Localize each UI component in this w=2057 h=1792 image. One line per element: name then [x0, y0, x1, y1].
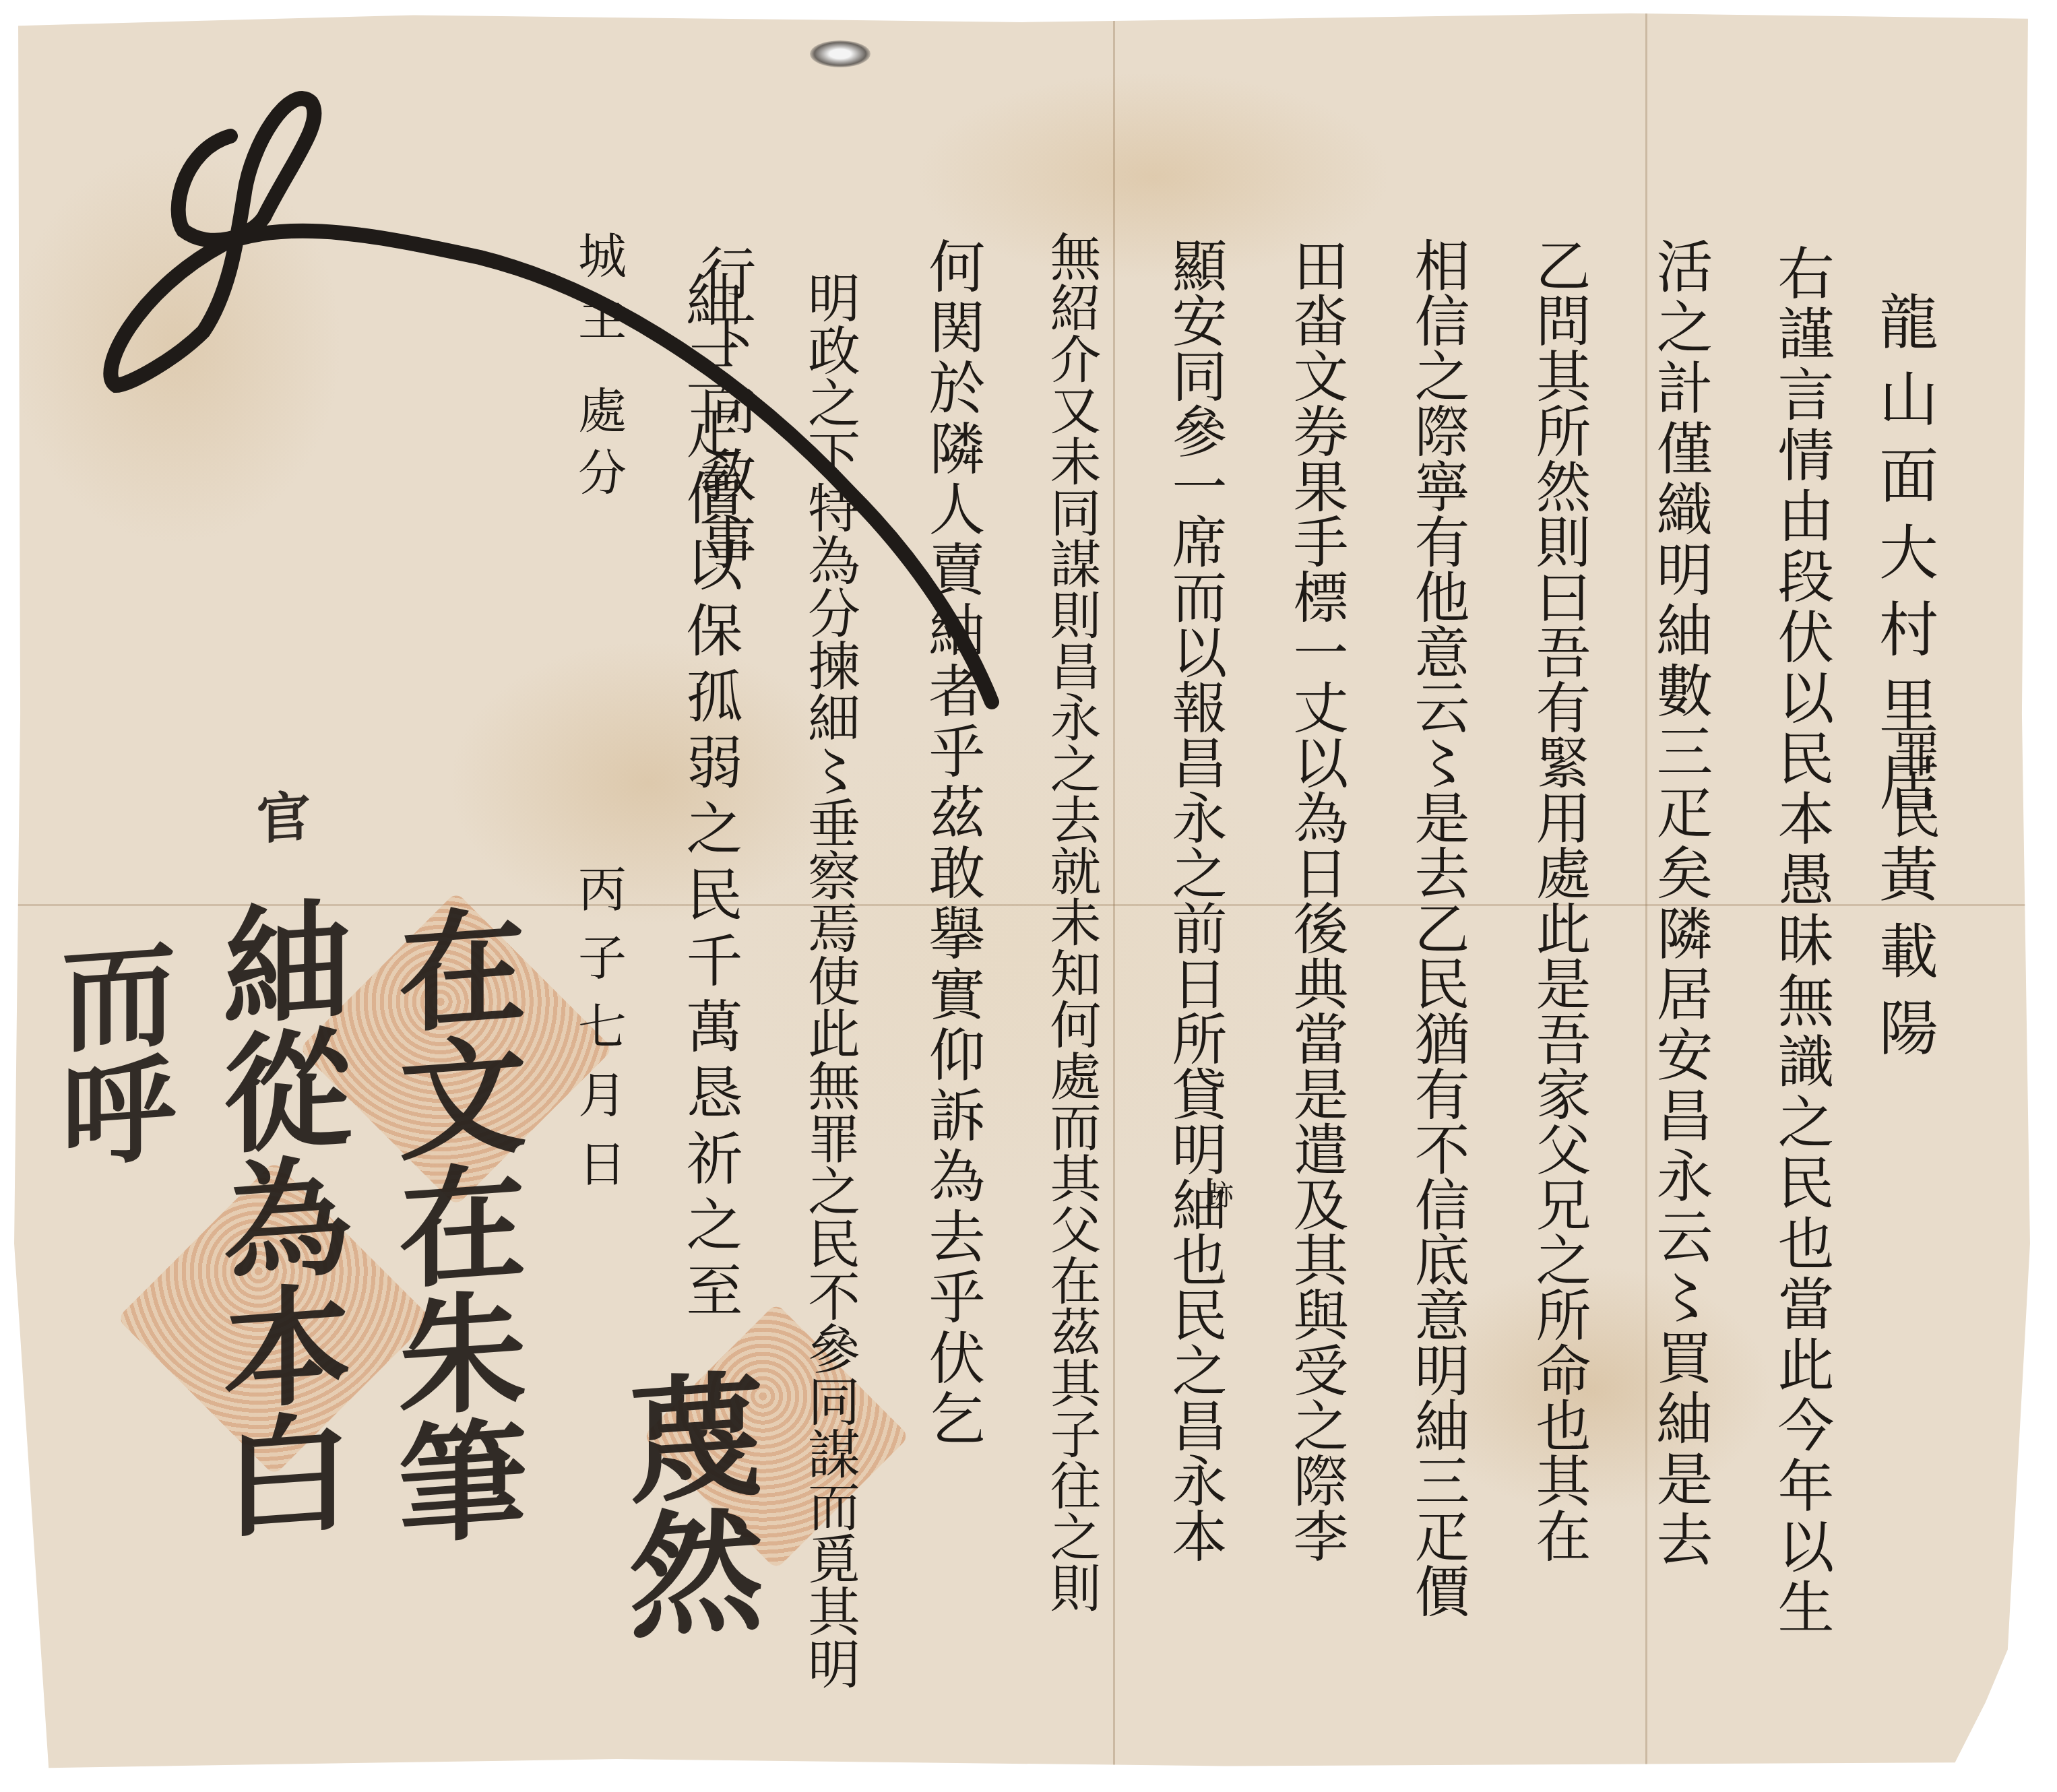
official-mark: 官 — [251, 788, 307, 845]
text-column: 乙問其所然則曰吾有緊用處此是吾家父兄之所命也其在 — [1531, 237, 1586, 1563]
official-signature: 蔑然 — [614, 1364, 756, 1644]
official-disposition-line: 而呼 — [49, 934, 169, 1171]
text-column: 右謹言情由段伏以民本愚昧無識之民也當此今年以生 — [1773, 244, 1830, 1638]
document-date: 丙子七月日 — [574, 864, 623, 1207]
signature-flourish-icon — [8, 8, 1153, 783]
text-column: 田畓文券果手標一丈以為日後典當是遣及其與受之際李 — [1288, 237, 1343, 1563]
official-disposition-line: 在文在朱筆 — [385, 899, 520, 1549]
margin-insertion: 跡 — [1197, 1180, 1238, 1211]
document-paper: 龍山面大村里居 罪民 黃載陽 右謹言情由段伏以民本愚昧無識之民也當此今年以生 活… — [8, 8, 2036, 1773]
text-column: 相信之際寧有他意云〻是去乙民猶有不信底意明紬三疋價 — [1410, 237, 1465, 1618]
petitioner-name: 黃載陽 — [1874, 843, 1934, 1074]
petitioner-title: 罪民 — [1888, 729, 1936, 853]
text-column: 顯安同參一席而以報昌永之前日所貸明紬也民之昌永本 — [1167, 237, 1222, 1563]
official-disposition-line: 紬從為本白 — [210, 893, 345, 1542]
text-column: 活之計僅織明紬數三疋矣隣居安昌永云〻買紬是去 — [1652, 237, 1709, 1571]
